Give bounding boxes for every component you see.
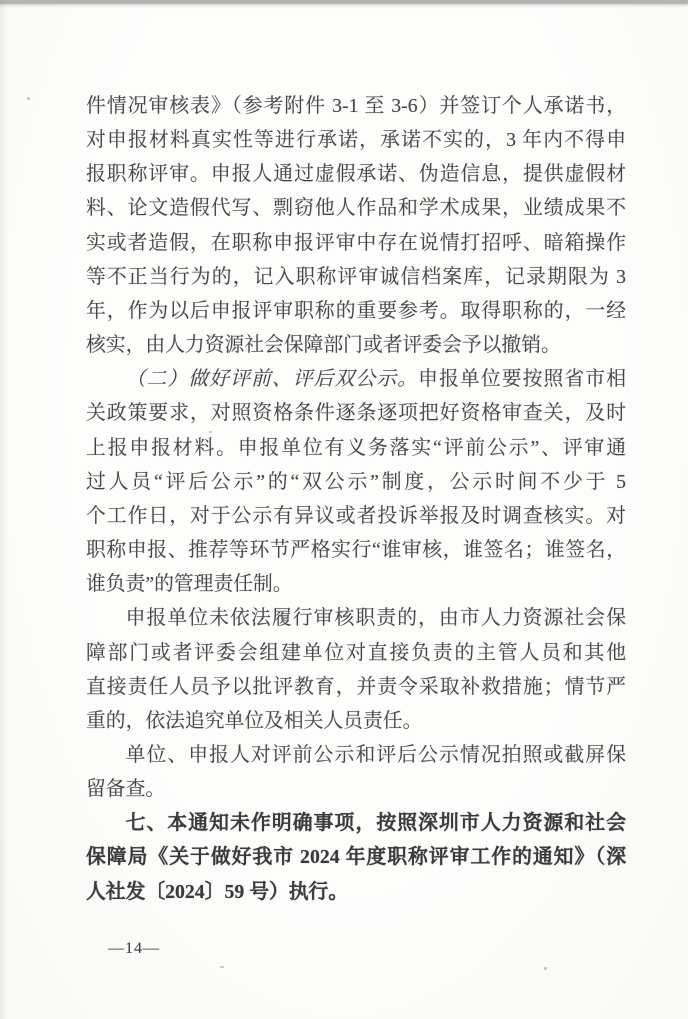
text-segment: 留备查。 — [86, 778, 165, 800]
text-segment: 关政策要求，对照资格条件逐条逐项把好资格审查关，及时 — [86, 402, 626, 424]
text-line: 等不正当行为的，记入职称评审诚信档案库，记录期限为 3 — [86, 260, 626, 294]
text-line: 障部门或者评委会组建单位对直接负责的主管人员和其他 — [86, 636, 626, 670]
text-line: 职称申报、推荐等环节严格实行“谁审核，谁签名；谁签名， — [86, 533, 626, 567]
text-line: 年，作为以后申报评审职称的重要参考。取得职称的，一经 — [86, 294, 626, 328]
page-number: —14— — [108, 940, 160, 958]
text-line: 核实，由人力资源社会保障部门或者评委会予以撤销。 — [86, 328, 626, 362]
text-segment: 报职称评审。申报人通过虚假承诺、伪造信息，提供虚假材 — [86, 163, 626, 185]
text-segment: 人社发〔2024〕59 号）执行。 — [86, 881, 348, 903]
text-line: （二）做好评前、评后双公示。申报单位要按照省市相 — [86, 362, 626, 396]
scan-speck — [544, 967, 547, 970]
text-segment: 料、论文造假代写、剽窃他人作品和学术成果，业绩成果不 — [86, 197, 626, 219]
scan-left-edge-artifact — [0, 0, 7, 1019]
text-line: 保障局《关于做好我市 2024 年度职称评审工作的通知》（深 — [86, 840, 626, 874]
text-line: 个工作日，对于公示有异议或者投诉举报及时调查核实。对 — [86, 499, 626, 533]
scan-speck — [209, 431, 212, 433]
text-segment: 申报单位要按照省市相 — [418, 368, 626, 390]
text-line: 关政策要求，对照资格条件逐条逐项把好资格审查关，及时 — [86, 396, 626, 430]
text-segment: 过人员“评后公示”的“双公示”制度，公示时间不少于 5 — [86, 471, 626, 493]
text-line: 单位、申报人对评前公示和评后公示情况拍照或截屏保 — [86, 738, 626, 772]
text-segment: 重的，依法追究单位及相关人员责任。 — [86, 710, 422, 732]
text-line: 直接责任人员予以批评教育，并责令采取补救措施；情节严 — [86, 670, 626, 704]
text-segment: 谁负责”的管理责任制。 — [86, 573, 293, 595]
text-line: 申报单位未依法履行审核职责的，由市人力资源社会保 — [86, 601, 626, 635]
scan-speck — [220, 966, 224, 968]
text-line: 留备查。 — [86, 772, 626, 806]
text-segment: 实或者造假，在职称申报评审中存在说情打招呼、暗箱操作 — [86, 232, 626, 254]
text-line: 料、论文造假代写、剽窃他人作品和学术成果，业绩成果不 — [86, 191, 626, 225]
text-segment: 障部门或者评委会组建单位对直接负责的主管人员和其他 — [86, 642, 626, 664]
text-line: 件情况审核表》（参考附件 3-1 至 3-6）并签订个人承诺书， — [86, 89, 626, 123]
text-line: 重的，依法追究单位及相关人员责任。 — [86, 704, 626, 738]
text-segment: 直接责任人员予以批评教育，并责令采取补救措施；情节严 — [86, 676, 626, 698]
text-segment: 职称申报、推荐等环节严格实行“谁审核，谁签名；谁签名， — [86, 539, 626, 561]
text-line: 实或者造假，在职称申报评审中存在说情打招呼、暗箱操作 — [86, 226, 626, 260]
document-page: 件情况审核表》（参考附件 3-1 至 3-6）并签订个人承诺书，对申报材料真实性… — [0, 0, 688, 1019]
text-segment: 件情况审核表》（参考附件 3-1 至 3-6）并签订个人承诺书， — [86, 95, 626, 117]
document-text-block: 件情况审核表》（参考附件 3-1 至 3-6）并签订个人承诺书，对申报材料真实性… — [86, 89, 626, 909]
text-segment: 年，作为以后申报评审职称的重要参考。取得职称的，一经 — [86, 300, 626, 322]
text-segment: 等不正当行为的，记入职称评审诚信档案库，记录期限为 3 — [86, 266, 626, 288]
text-line: 过人员“评后公示”的“双公示”制度，公示时间不少于 5 — [86, 465, 626, 499]
text-line: 对申报材料真实性等进行承诺，承诺不实的，3 年内不得申 — [86, 123, 626, 157]
text-segment: 核实，由人力资源社会保障部门或者评委会予以撤销。 — [86, 334, 561, 356]
text-segment: 申报单位未依法履行审核职责的，由市人力资源社会保 — [126, 607, 626, 629]
text-line: 报职称评审。申报人通过虚假承诺、伪造信息，提供虚假材 — [86, 157, 626, 191]
text-line: 七、本通知未作明确事项，按照深圳市人力资源和社会 — [86, 806, 626, 840]
text-line: 上报申报材料。申报单位有义务落实“评前公示”、评审通 — [86, 431, 626, 465]
text-segment: 对申报材料真实性等进行承诺，承诺不实的，3 年内不得申 — [86, 129, 626, 151]
scan-top-edge-artifact — [0, 0, 688, 4]
text-line: 人社发〔2024〕59 号）执行。 — [86, 875, 626, 909]
text-segment: 个工作日，对于公示有异议或者投诉举报及时调查核实。对 — [86, 505, 626, 527]
text-segment: 保障局《关于做好我市 2024 年度职称评审工作的通知》（深 — [86, 846, 626, 868]
text-line: 谁负责”的管理责任制。 — [86, 567, 626, 601]
text-segment: 上报申报材料。申报单位有义务落实“评前公示”、评审通 — [86, 437, 626, 459]
scan-speck — [27, 97, 30, 100]
text-segment: （二）做好评前、评后双公示。 — [126, 368, 419, 390]
text-segment: 七、本通知未作明确事项，按照深圳市人力资源和社会 — [126, 812, 626, 834]
text-segment: 单位、申报人对评前公示和评后公示情况拍照或截屏保 — [126, 744, 626, 766]
